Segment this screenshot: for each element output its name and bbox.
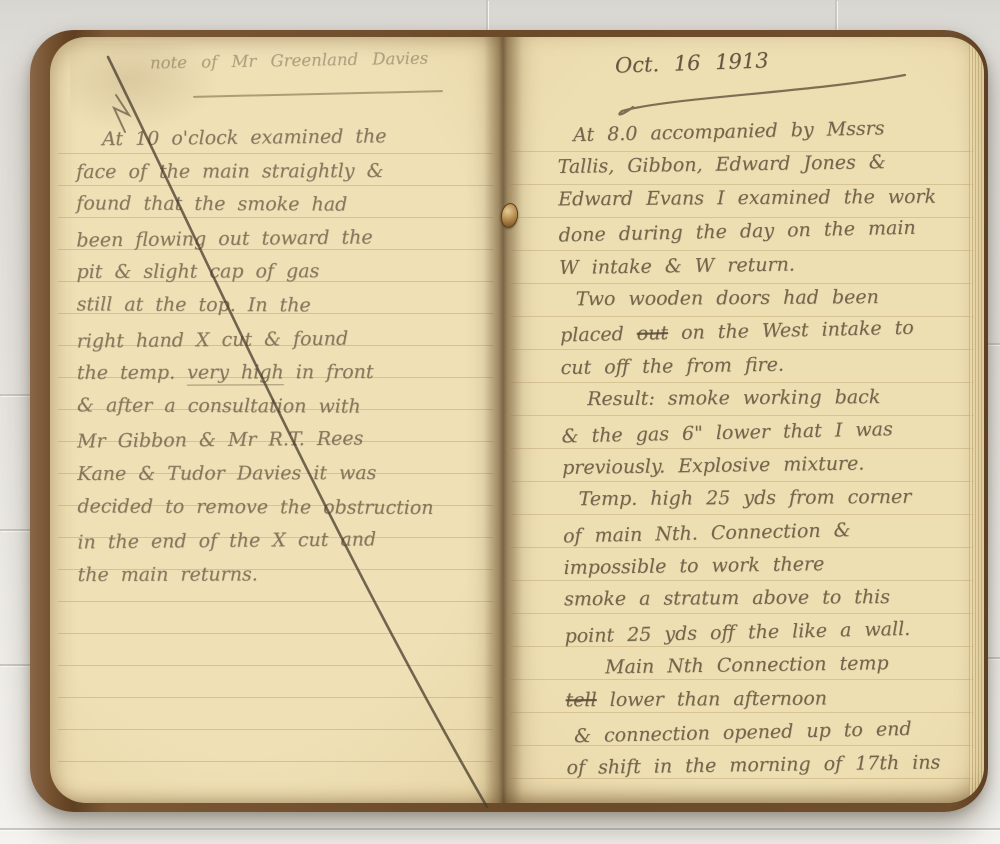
underlined-words: very high xyxy=(187,361,284,385)
struck-word: out xyxy=(637,322,669,345)
header-underline xyxy=(193,90,443,98)
handwritten-line: Kane & Tudor Davies it was xyxy=(77,461,493,496)
line-segment: the temp. xyxy=(77,362,187,384)
tile-grout-line xyxy=(0,664,32,666)
tile-grout-line xyxy=(986,657,1000,659)
handwritten-line: decided to remove the obstruction xyxy=(77,495,493,530)
handwritten-line: still at the top. In the xyxy=(77,293,493,328)
handwritten-line: face of the main straightly & xyxy=(76,159,492,194)
line-segment: placed xyxy=(560,323,637,347)
handwritten-line: right hand X cut & found xyxy=(77,326,493,364)
handwritten-line: in the end of the X cut and xyxy=(77,527,493,565)
tile-grout-line xyxy=(0,828,1000,830)
handwritten-line: found that the smoke had xyxy=(76,193,492,228)
handwriting-block: At 8.0 accompanied by Mssrs Tallis, Gibb… xyxy=(557,117,984,791)
handwritten-line: the main returns. xyxy=(78,562,494,597)
right-page: Oct. 16 1913 At 8.0 accompanied by Mssrs… xyxy=(503,37,984,803)
left-page: note of Mr Greenland Davies At 10 o'cloc… xyxy=(50,37,503,803)
page-header: note of Mr Greenland Davies xyxy=(150,49,428,73)
handwritten-line: Mr Gibbon & Mr R.T. Rees xyxy=(77,426,493,464)
notebook: note of Mr Greenland Davies At 10 o'cloc… xyxy=(30,30,988,812)
handwritten-line: At 10 o'clock examined the xyxy=(76,124,492,162)
struck-word: tell xyxy=(566,689,597,711)
photo-of-open-notebook: note of Mr Greenland Davies At 10 o'cloc… xyxy=(0,0,1000,844)
handwritten-line: & after a consultation with xyxy=(77,394,493,429)
line-segment: lower than afternoon xyxy=(597,687,827,711)
handwritten-line: Temp. high 25 yds from corner xyxy=(563,486,984,522)
tile-grout-line xyxy=(0,529,33,531)
handwritten-line: been flowing out toward the xyxy=(76,225,492,263)
line-segment: in front xyxy=(284,361,374,383)
handwriting-block: At 10 o'clock examined the face of the m… xyxy=(76,126,494,598)
tile-grout-line xyxy=(0,394,34,396)
tile-grout-line xyxy=(835,0,837,31)
handwritten-line: Result: smoke working back xyxy=(561,385,984,421)
handwritten-line: pit & slight cap of gas xyxy=(76,260,492,295)
open-pages: note of Mr Greenland Davies At 10 o'cloc… xyxy=(50,37,984,803)
handwritten-line: the temp. very high in front xyxy=(77,361,493,396)
line-segment: on the West intake to xyxy=(668,317,914,344)
entry-date: Oct. 16 1913 xyxy=(615,48,769,77)
